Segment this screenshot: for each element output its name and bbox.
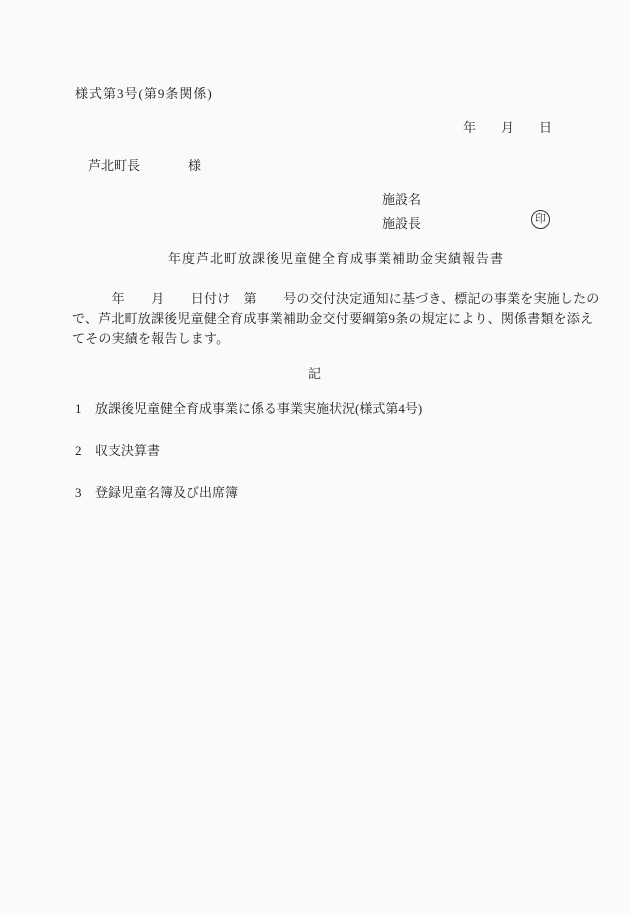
form-number: 様式第3号(第9条関係) [75,87,213,100]
addressee-name: 芦北町長 [88,158,140,173]
date-line: 年月日 [463,121,552,134]
attachment-item-2: 2収支決算書 [75,444,160,457]
attachment-number: 1 [75,402,95,415]
attachment-text: 収支決算書 [95,443,160,458]
date-day-label: 日 [539,120,552,135]
addressee-line: 芦北町長様 [88,159,201,172]
attachment-item-1: 1放課後児童健全育成事業に係る事業実施状況(様式第4号) [75,402,422,415]
addressee-honorific: 様 [188,158,201,173]
attachment-item-3: 3登録児童名簿及び出席簿 [75,486,238,499]
facility-head-label: 施設長 [382,217,421,230]
body-paragraph-line-3: てその実績を報告します。 [72,332,229,345]
document-page: 様式第3号(第9条関係) 年月日 芦北町長様 施設名 施設長 印 年度芦北町放課… [0,0,630,915]
date-year-label: 年 [463,120,476,135]
body-paragraph-line-2: で、芦北町放課後児童健全育成事業補助金交付要綱第9条の規定により、関係書類を添え [72,312,593,325]
date-month-label: 月 [501,120,514,135]
seal-stamp-icon: 印 [531,210,550,229]
attachment-number: 3 [75,486,95,499]
seal-stamp-character: 印 [535,214,546,225]
attachment-text: 登録児童名簿及び出席簿 [95,485,238,500]
document-title: 年度芦北町放課後児童健全育成事業補助金実績報告書 [168,252,504,265]
body-paragraph-line-1: 年 月 日付け 第 号の交付決定通知に基づき、標記の事業を実施したの [72,292,599,305]
attachment-text: 放課後児童健全育成事業に係る事業実施状況(様式第4号) [95,401,422,416]
facility-name-label: 施設名 [382,193,421,206]
record-heading: 記 [0,367,630,380]
attachment-number: 2 [75,444,95,457]
